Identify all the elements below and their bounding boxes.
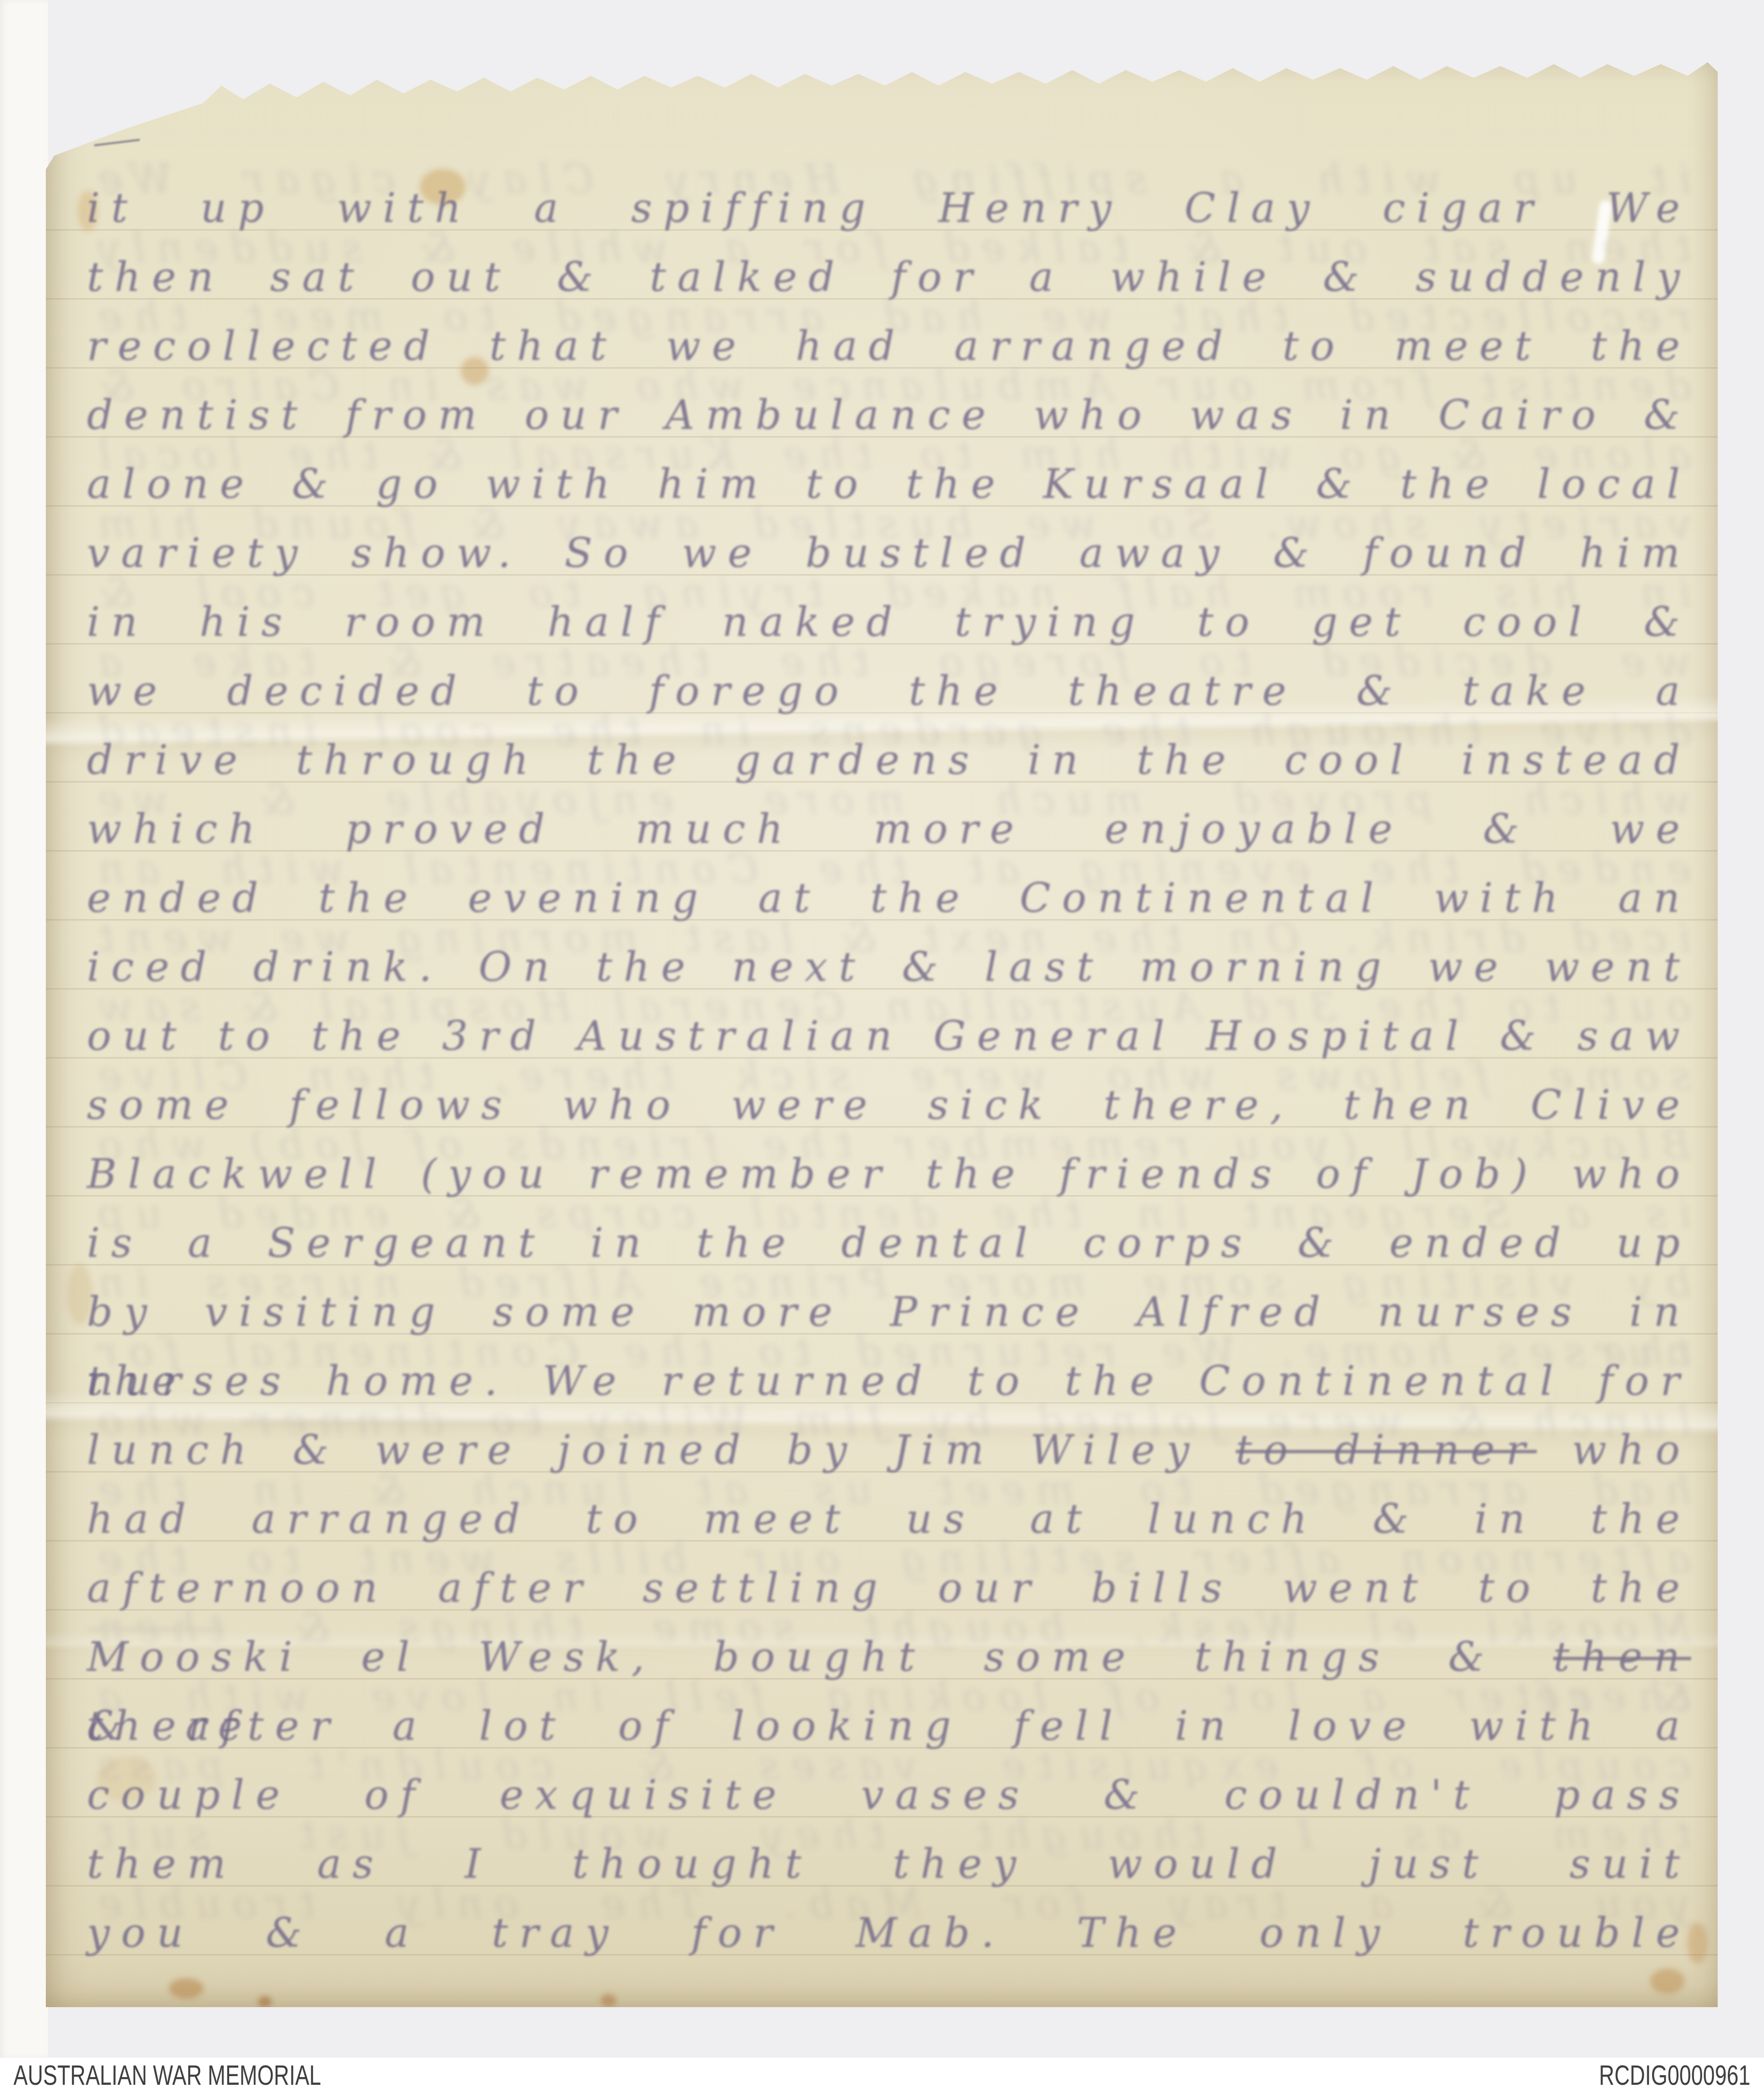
stain: [258, 1996, 272, 2008]
scanner-edge-strip: [0, 0, 48, 2058]
letter-line: some fellows who were sick there, then C…: [87, 1071, 1691, 1140]
letter-line: then sat out & talked for a while & sudd…: [87, 243, 1691, 312]
letter-line: in his room half naked trying to get coo…: [87, 588, 1691, 657]
stain: [1650, 1969, 1685, 1994]
letter-line: dentist from our Ambulance who was in Ca…: [87, 381, 1691, 450]
letter-line: couple of exquisite vases & couldn't pas…: [87, 1761, 1691, 1830]
letter-line: & after a lot of looking fell in love wi…: [87, 1692, 1691, 1761]
letter-line: which proved much more enjoyable & we: [87, 795, 1691, 864]
letter-line: we decided to forego the theatre & take …: [87, 657, 1691, 726]
letter-line: is a Sergeant in the dental corps & ende…: [87, 1209, 1691, 1278]
stain: [601, 1994, 616, 2007]
footer-bar: AUSTRALIAN WAR MEMORIAL RCDIG0000961: [0, 2058, 1764, 2093]
scanned-letter-viewer: it up with a spiffing Henry Clay cigar W…: [0, 0, 1764, 2093]
letter-line: Mooski el Wesk, bought some things & the…: [87, 1623, 1691, 1692]
record-id-label: RCDIG0000961: [1599, 2059, 1750, 2092]
stain: [169, 1978, 204, 1998]
letter-line: iced drink. On the next & last morning w…: [87, 933, 1691, 1002]
letter-line: them as I thought they would just suit: [87, 1830, 1691, 1899]
letter-text-block: it up with a spiffing Henry Clay cigar W…: [87, 174, 1691, 1968]
letter-line: by visiting some more Prince Alfred nurs…: [87, 1278, 1691, 1347]
archive-name-label: AUSTRALIAN WAR MEMORIAL: [14, 2059, 321, 2092]
letter-line: out to the 3rd Australian General Hospit…: [87, 1002, 1691, 1071]
letter-line: drive through the gardens in the cool in…: [87, 726, 1691, 795]
letter-line: you & a tray for Mab. The only trouble: [87, 1899, 1691, 1968]
letter-line: recollected that we had arranged to meet…: [87, 312, 1691, 381]
letter-line: it up with a spiffing Henry Clay cigar W…: [87, 174, 1691, 243]
letter-line: afternoon after settling our bills went …: [87, 1554, 1691, 1623]
letter-line: ended the evening at the Continental wit…: [87, 864, 1691, 933]
letter-page: it up with a spiffing Henry Clay cigar W…: [46, 60, 1718, 2007]
letter-line: lunch & were joined by Jim Wiley to dinn…: [87, 1416, 1691, 1485]
letter-line: variety show. So we bustled away & found…: [87, 519, 1691, 588]
letter-line: nurses home. We returned to the Continen…: [87, 1347, 1691, 1416]
letter-line: alone & go with him to the Kursaal & the…: [87, 450, 1691, 519]
letter-line: had arranged to meet us at lunch & in th…: [87, 1485, 1691, 1554]
letter-line: Blackwell (you remember the friends of J…: [87, 1140, 1691, 1209]
